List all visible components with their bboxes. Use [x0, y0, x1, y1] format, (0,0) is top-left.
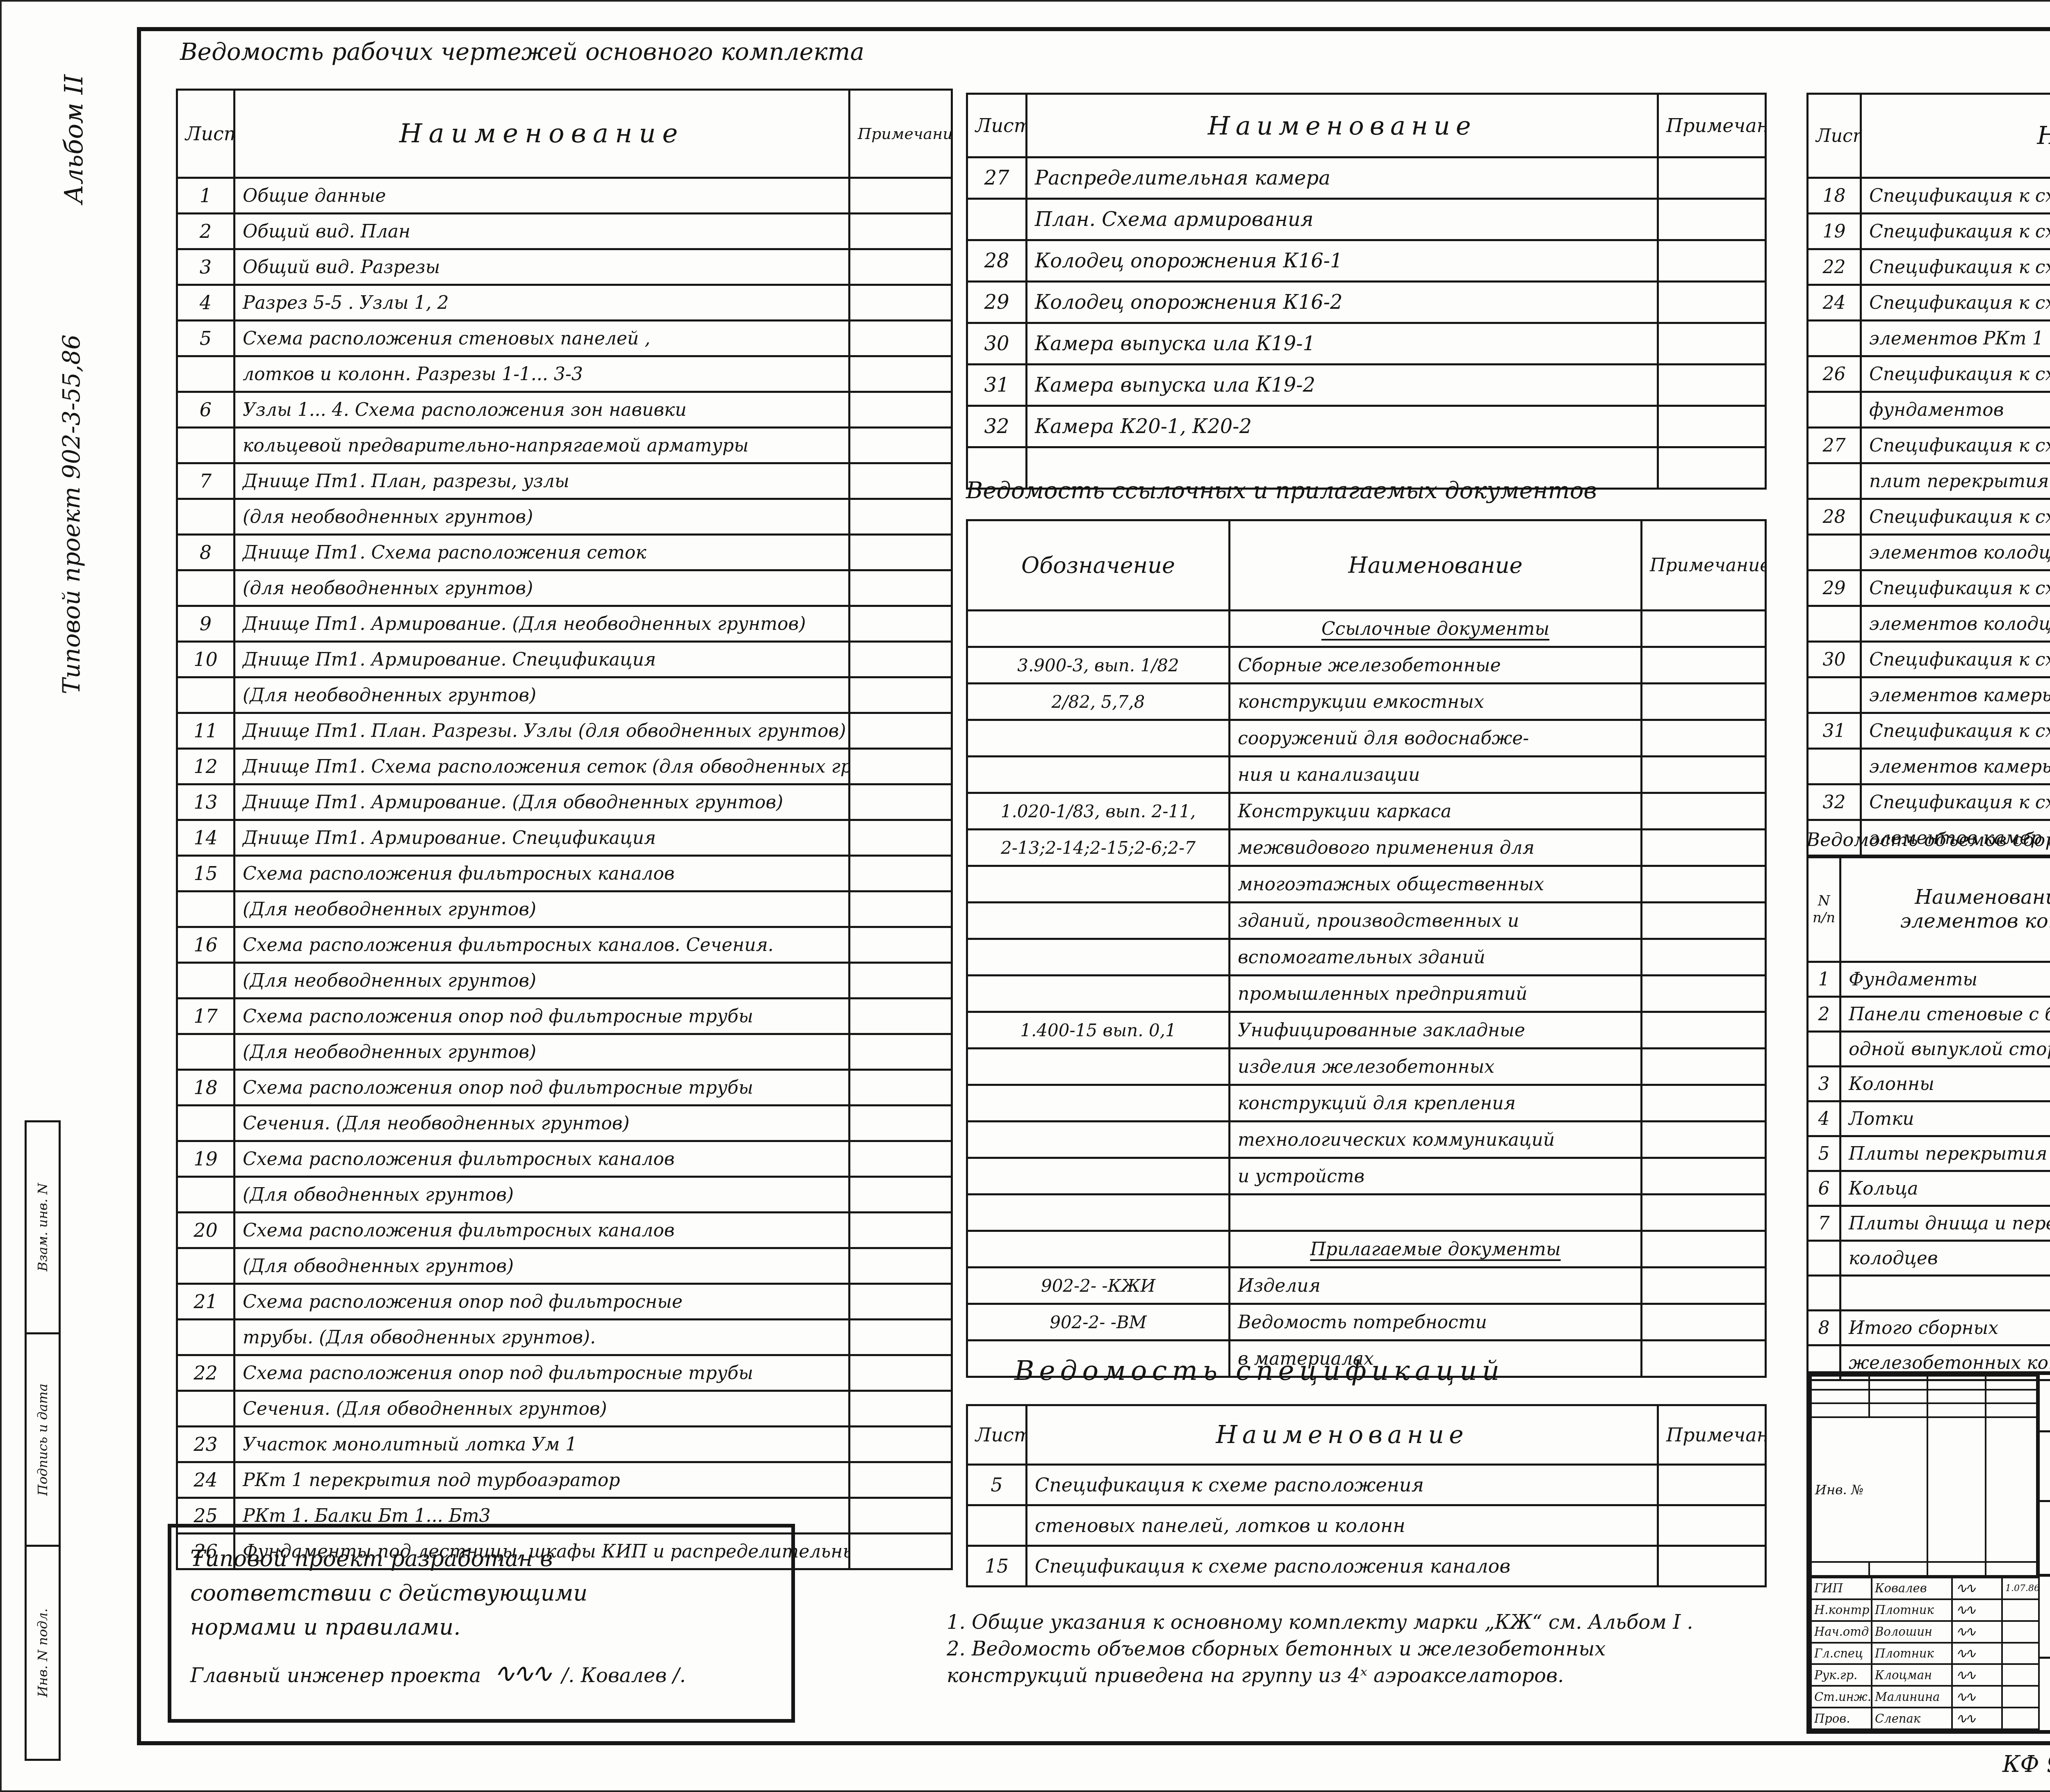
specifications-table-continued: Лист Наименование Примеча-ние 18Специфик… [1806, 93, 2050, 857]
cell-note [1658, 240, 1766, 282]
project-vertical-label: Типовой проект 902-3-55,86 [51, 223, 92, 805]
cell-note [850, 356, 952, 392]
cell-n: Схема расположения фильтросных каналов. … [235, 927, 850, 963]
cell-s: 23 [177, 1427, 235, 1462]
cell-name [1840, 1276, 2050, 1311]
table-body: 1Общие данные2Общий вид. План3Общий вид.… [177, 178, 952, 1569]
cell-note [850, 570, 952, 606]
cell-s: 17 [177, 999, 235, 1034]
table-row: 30Камера выпуска ила К19-1 [967, 323, 1766, 365]
cell-note [850, 428, 952, 463]
cell-s [177, 1391, 235, 1427]
table-row: 24Спецификация к схеме расположения [1808, 285, 2050, 321]
table-row: Пров.Слепак [1811, 1708, 2039, 1729]
cell-c [967, 939, 1230, 976]
specifications-list-title: Ведомость спецификаций [1014, 1355, 1504, 1386]
cell-note [850, 1427, 952, 1462]
cell-n: Схема расположения опор под фильтросные [235, 1284, 850, 1320]
cell-name: Малинина [1872, 1686, 1952, 1708]
cell-note [1642, 1049, 1766, 1085]
cell-n: Схема расположения опор под фильтросные … [235, 999, 850, 1034]
table-row: 18Спецификация к схеме расположения опор [1808, 178, 2050, 214]
cell-n: технологических коммуникаций [1230, 1122, 1642, 1158]
cell-s: 29 [967, 282, 1027, 323]
cell-c [967, 1231, 1230, 1268]
cell-name: Волошин [1872, 1621, 1952, 1643]
table-row: трубы. (Для обводненных грунтов). [177, 1320, 952, 1355]
cell-s: 13 [177, 784, 235, 820]
note-box-text: Типовой проект разработан всоответствии … [190, 1541, 772, 1644]
object-title-cell: Аэроакселатордиаметром 24м Общие данные [2038, 1577, 2050, 1730]
table-row: Ссылочные документы [967, 611, 1766, 647]
cell-s [177, 891, 235, 927]
cell-s: 19 [177, 1141, 235, 1177]
col-header-designation: Обозначение [967, 520, 1230, 611]
cell-num [1808, 1241, 1840, 1276]
cell-n: Спецификация к схеме расположения [1861, 428, 2050, 463]
table-row: 24РКт 1 перекрытия под турбоаэратор [177, 1462, 952, 1498]
table-row: (Для необводненных грунтов) [177, 963, 952, 999]
table-row: ния и канализации [967, 757, 1766, 793]
cell-name: Слепак [1872, 1708, 1952, 1729]
text-line: соответствии с действующими [190, 1576, 772, 1610]
cell-note [850, 713, 952, 749]
gost-margin-strip: Взам. инв. N Подпись и дата Инв. N подл. [25, 1120, 61, 1761]
cell-note [850, 392, 952, 428]
cell-n: РКт 1 перекрытия под турбоаэратор [235, 1462, 850, 1498]
cell-n: Общий вид. Разрезы [235, 249, 850, 285]
cell-num: 1 [1808, 962, 1840, 997]
cell-note [1642, 611, 1766, 647]
table-row: 6Узлы 1... 4. Схема расположения зон нав… [177, 392, 952, 428]
table-row: элементов колодца К16-1 [1808, 535, 2050, 570]
table-body: 1Фундаменты58132 100004,382Панели стенов… [1808, 962, 2050, 1380]
sheet-title: Общие данные [2038, 1659, 2050, 1730]
cell-n: (Для необводненных грунтов) [235, 677, 850, 713]
col-header-note: Примечание [850, 90, 952, 178]
table-row: Рук.гр.Клоцман [1811, 1664, 2039, 1686]
cell-n [1230, 1195, 1642, 1231]
cell-n: конструкций для крепления [1230, 1085, 1642, 1122]
table-row: 27Спецификация к схеме расположения [1808, 428, 2050, 463]
cell-note [850, 784, 952, 820]
table-row: 30Спецификация к схеме расположения [1808, 642, 2050, 677]
table-row: (Для обводненных грунтов) [177, 1177, 952, 1213]
cell-s: 27 [1808, 428, 1861, 463]
signature-icon: ∿∿∿ [493, 1658, 549, 1689]
cell-s [1808, 321, 1861, 356]
signer-label: Главный инженер проекта [190, 1664, 481, 1687]
cell-c [967, 866, 1230, 903]
table-row: Сечения. (Для обводненных грунтов) [177, 1391, 952, 1427]
table-row: (Для необводненных грунтов) [177, 1034, 952, 1070]
cell-n: Сборные железобетонные [1230, 647, 1642, 684]
cell-n: Схема расположения фильтросных каналов [235, 856, 850, 891]
col-header-sheet: Лист [177, 90, 235, 178]
cell-note [1658, 447, 1766, 489]
cell-sig [1952, 1708, 2002, 1729]
cell-name: Фундаменты [1840, 962, 2050, 997]
cell-n: Схема расположения фильтросных каналов [235, 1213, 850, 1248]
text-line: Типовой проект разработан в [190, 1541, 772, 1576]
cell-note [850, 1462, 952, 1498]
album-vertical-label: Альбом II [55, 47, 92, 231]
cell-note [850, 1213, 952, 1248]
cell-n: Колодец опорожнения К16-2 [1027, 282, 1658, 323]
cell-role: Н.контр [1811, 1599, 1872, 1621]
cell-n: элементов колодца К16-2 [1861, 606, 2050, 642]
cell-n: Узлы 1... 4. Схема расположения зон нави… [235, 392, 850, 428]
cell-c [967, 1158, 1230, 1195]
table-row: сооружений для водоснабже- [967, 720, 1766, 757]
cell-n: Спецификация к схеме расположения [1861, 784, 2050, 820]
cell-s [177, 677, 235, 713]
table-row: (для необводненных грунтов) [177, 499, 952, 535]
table-header: Nп/п Наименование группыэлементов констр… [1808, 857, 2050, 962]
table-row: Прилагаемые документы [967, 1231, 1766, 1268]
cell-date [2002, 1708, 2039, 1729]
table-row: 1.400-15 вып. 0,1Унифицированные закладн… [967, 1012, 1766, 1049]
cell-sig [1952, 1621, 2002, 1643]
cell-c: 2/82, 5,7,8 [967, 684, 1230, 720]
cell-n: Разрез 5-5 . Узлы 1, 2 [235, 285, 850, 321]
cell-num: 6 [1808, 1171, 1840, 1206]
cell-n: Спецификация к схеме расположения опор [1861, 249, 2050, 285]
cell-n: Днище Пт1. Армирование. Спецификация [235, 820, 850, 856]
cell-n: (Для необводненных грунтов) [235, 963, 850, 999]
cell-sig [1952, 1686, 2002, 1708]
table-body: 27Распределительная камераПлан. Схема ар… [967, 157, 1766, 489]
cell-name: Плиты перекрытия [1840, 1136, 2050, 1171]
cell-role: ГИП [1811, 1578, 1872, 1599]
cell-note [1642, 1158, 1766, 1195]
cell-s [177, 1034, 235, 1070]
table-row: 13Днище Пт1. Армирование. (Для обводненн… [177, 784, 952, 820]
working-drawings-table-continued: Лист Наименование Примечание 27Распредел… [966, 93, 1767, 490]
cell-note [850, 1034, 952, 1070]
table-row: 2/82, 5,7,8конструкции емкостных [967, 684, 1766, 720]
cell-note [850, 927, 952, 963]
cell-name: одной выпуклой стороной [1840, 1032, 2050, 1067]
cell-note [850, 1284, 952, 1320]
margin-label: Взам. инв. N [35, 1183, 50, 1272]
cell-n: Спецификация к схеме расположения [1861, 642, 2050, 677]
cell-note [1642, 684, 1766, 720]
cell-n: изделия железобетонных [1230, 1049, 1642, 1085]
cell-note [1642, 757, 1766, 793]
cell-name: Лотки [1840, 1101, 2050, 1136]
cell-note [850, 463, 952, 499]
cell-role: Гл.спец [1811, 1643, 1872, 1664]
cell-n: Схема расположения фильтросных каналов [235, 1141, 850, 1177]
cell-name: Плотник [1872, 1643, 1952, 1664]
cell-note [850, 1355, 952, 1391]
cell-n: (для необводненных грунтов) [235, 570, 850, 606]
cell-n: элементов камеры К19-1 [1861, 677, 2050, 713]
cell-s: 3 [177, 249, 235, 285]
table-row: 22Спецификация к схеме расположения опор [1808, 249, 2050, 285]
cell-role: Нач.отд [1811, 1621, 1872, 1643]
cell-note [850, 1106, 952, 1141]
cell-c [967, 757, 1230, 793]
table-row: 902-2- -КЖИИзделия [967, 1268, 1766, 1304]
cell-n: Спецификация к схеме расположения [1861, 713, 2050, 749]
cell-n: Спецификация к схеме расположения канало… [1861, 214, 2050, 249]
cell-n: Колодец опорожнения К16-1 [1027, 240, 1658, 282]
cell-n: стеновых панелей, лотков и колонн [1027, 1505, 1658, 1546]
table-row: 2Общий вид. План [177, 214, 952, 249]
cell-note [850, 856, 952, 891]
cell-s [1808, 677, 1861, 713]
table-body: Ссылочные документы3.900-3, вып. 1/82Сбо… [967, 611, 1766, 1377]
table-row: 4Разрез 5-5 . Узлы 1, 2 [177, 285, 952, 321]
table-row: колодцев [1808, 1241, 2050, 1276]
table-row: 29Спецификация к схеме расположения [1808, 570, 2050, 606]
cell-note [1658, 406, 1766, 447]
cell-s [177, 1248, 235, 1284]
cell-name: Итого сборных [1840, 1311, 2050, 1345]
cell-s: 21 [177, 1284, 235, 1320]
cell-sig [1952, 1643, 2002, 1664]
table-row: (Для необводненных грунтов) [177, 677, 952, 713]
cell-name: Плотник [1872, 1599, 1952, 1621]
chief-engineer-signature-row: Главный инженер проекта ∿∿∿ /. Ковалев /… [190, 1658, 772, 1689]
cell-num: 7 [1808, 1206, 1840, 1241]
cell-n: элементов РКт 1 . [1861, 321, 2050, 356]
table-header: Обозначение Наименование Примечание [967, 520, 1766, 611]
table-row: 1Общие данные [177, 178, 952, 214]
cell-name: Кольца [1840, 1171, 2050, 1206]
table-row: 28Спецификация к схеме расположения [1808, 499, 2050, 535]
cell-name: Клоцман [1872, 1664, 1952, 1686]
cell-n: Днище Пт1. Армирование. (Для обводненных… [235, 784, 850, 820]
table-row: 7Днище Пт1. План, разрезы, узлы [177, 463, 952, 499]
cell-note [850, 178, 952, 214]
cell-c [967, 976, 1230, 1012]
cell-role: Рук.гр. [1811, 1664, 1872, 1686]
cell-s: 4 [177, 285, 235, 321]
table-row: 10Днище Пт1. Армирование. Спецификация [177, 642, 952, 677]
cell-note [850, 642, 952, 677]
table-row: элементов камеры К19-2 [1808, 749, 2050, 784]
table-row: 14Днище Пт1. Армирование. Спецификация [177, 820, 952, 856]
table-header: Лист Наименование Примечание [967, 94, 1766, 157]
cell-note [1642, 1304, 1766, 1341]
cell-note [1642, 720, 1766, 757]
cell-num: 5 [1808, 1136, 1840, 1171]
cell-s: 15 [177, 856, 235, 891]
cell-s: 26 [1808, 356, 1861, 392]
cell-n: Днище Пт1. Армирование. Спецификация [235, 642, 850, 677]
cell-n: фундаментов [1861, 392, 2050, 428]
cell-sig [1952, 1664, 2002, 1686]
cell-s: 7 [177, 463, 235, 499]
cell-n: Изделия [1230, 1268, 1642, 1304]
table-row: (Для необводненных грунтов) [177, 891, 952, 927]
title-block: Инв. № привязан ТП 902-3-55,86 -КЖ ГИПКо… [1806, 1371, 2050, 1734]
cell-c [967, 1122, 1230, 1158]
cell-role: Ст.инж. [1811, 1686, 1872, 1708]
col-header-name: Наименование [235, 90, 850, 178]
cell-c [967, 611, 1230, 647]
table-row: 7Плиты днища и перекрытия585811 00004,64 [1808, 1206, 2050, 1241]
cell-s [967, 1505, 1027, 1546]
text-line: п/п [1810, 910, 1838, 926]
table-row: 5Схема расположения стеновых панелей , [177, 321, 952, 356]
cell-c: 902-2- -ВМ [967, 1304, 1230, 1341]
cell-s [177, 1177, 235, 1213]
table-row: Гл.спецПлотник [1811, 1643, 2039, 1664]
cell-s: 18 [1808, 178, 1861, 214]
cell-s [177, 963, 235, 999]
text-line: Наименование группы [1849, 886, 2050, 910]
cell-s: 28 [1808, 499, 1861, 535]
cell-c [967, 1195, 1230, 1231]
table-row: 4Лотки585821 000044,76 [1808, 1101, 2050, 1136]
cell-c: 3.900-3, вып. 1/82 [967, 647, 1230, 684]
table-row: 15Схема расположения фильтросных каналов [177, 856, 952, 891]
col-header-note: Примечание [1642, 520, 1766, 611]
inventory-number-label: Инв. № [1811, 1417, 1927, 1562]
table-row: фундаментов [1808, 392, 2050, 428]
cell-s: 5 [967, 1465, 1027, 1505]
cell-note [1642, 939, 1766, 976]
cell-note [850, 321, 952, 356]
attached-note: привязан [2038, 1375, 2050, 1432]
cell-note [1642, 1122, 1766, 1158]
col-header-name: Наименование группыэлементов конструкций [1840, 857, 2050, 962]
table-row: 17Схема расположения опор под фильтросны… [177, 999, 952, 1034]
table-row: 1Фундаменты58132 100004,38 [1808, 962, 2050, 997]
cell-note [850, 285, 952, 321]
cell-s: 5 [177, 321, 235, 356]
cell-name: Панели стеновые с бортом и [1840, 997, 2050, 1032]
table-header: Лист Наименование Примеча-ние [1808, 94, 2050, 178]
table-row: одной выпуклой стороной [1808, 1032, 2050, 1067]
working-drawings-table: Лист Наименование Примечание 1Общие данн… [176, 89, 953, 1570]
table-row: плит перекрытия [1808, 463, 2050, 499]
table-row: (для необводненных грунтов) [177, 570, 952, 606]
table-row: 16Схема расположения фильтросных каналов… [177, 927, 952, 963]
table-row: 23Участок монолитный лотка Ум 1 [177, 1427, 952, 1462]
table-row: 22Схема расположения опор под фильтросны… [177, 1355, 952, 1391]
table-row: 5Плиты перекрытия585821 00001,24 [1808, 1136, 2050, 1171]
cell-n: (Для необводненных грунтов) [235, 1034, 850, 1070]
cell-n: Днище Пт1. Схема расположения сеток (для… [235, 749, 850, 784]
cell-note [850, 535, 952, 570]
cell-n: кольцевой предварительно-напрягаемой арм… [235, 428, 850, 463]
table-row: Сечения. (Для необводненных грунтов) [177, 1106, 952, 1141]
cell-n: Днище Пт1. Армирование. (Для необводненн… [235, 606, 850, 642]
table-row: Нач.отдВолошин [1811, 1621, 2039, 1643]
table-row: 3Колонны582111 800094,40 [1808, 1067, 2050, 1101]
drawing-frame: Ведомость рабочих чертежей основного ком… [137, 27, 2050, 1745]
cell-n: трубы. (Для обводненных грунтов). [235, 1320, 850, 1355]
table-row: кольцевой предварительно-напрягаемой арм… [177, 428, 952, 463]
margin-label: Инв. N подл. [35, 1608, 50, 1697]
table-row: 12Днище Пт1. Схема расположения сеток (д… [177, 749, 952, 784]
volumes-title: Ведомость объемов сборных бетонных и жел… [1806, 829, 2050, 850]
cell-n: лотков и колонн. Разрезы 1-1... 3-3 [235, 356, 850, 392]
table-row: 5Спецификация к схеме расположения [967, 1465, 1766, 1505]
cell-n: элементов камеры К19-2 [1861, 749, 2050, 784]
cell-s [177, 570, 235, 606]
reference-documents-table: Обозначение Наименование Примечание Ссыл… [966, 519, 1767, 1378]
cell-note [1642, 647, 1766, 684]
cell-n: Унифицированные закладные [1230, 1012, 1642, 1049]
table-row: 2-13;2-14;2-15;2-6;2-7межвидового примен… [967, 830, 1766, 866]
cell-note [1642, 1231, 1766, 1268]
table-row: многоэтажных общественных [967, 866, 1766, 903]
cell-n: конструкции емкостных [1230, 684, 1642, 720]
cell-n: ния и канализации [1230, 757, 1642, 793]
cell-n: (Для обводненных грунтов) [235, 1177, 850, 1213]
cell-s: 30 [967, 323, 1027, 365]
cell-num: 2 [1808, 997, 1840, 1032]
cell-s [177, 1320, 235, 1355]
cell-n: (для необводненных грунтов) [235, 499, 850, 535]
cell-s: 20 [177, 1213, 235, 1248]
cell-note [1658, 1465, 1766, 1505]
cell-s: 24 [1808, 285, 1861, 321]
cell-s: 32 [967, 406, 1027, 447]
col-header-note: Примечание [1658, 94, 1766, 157]
cell-note [1642, 866, 1766, 903]
cell-n: Схема расположения опор под фильтросные … [235, 1355, 850, 1391]
table-row: 3Общий вид. Разрезы [177, 249, 952, 285]
cell-s: 27 [967, 157, 1027, 199]
col-header-note: Примечание [1658, 1405, 1766, 1465]
cell-name: колодцев [1840, 1241, 2050, 1276]
cell-s: 2 [177, 214, 235, 249]
cell-s: 14 [177, 820, 235, 856]
personnel-table: ГИПКовалев1.07.86Н.контрПлотникНач.отдВо… [1810, 1577, 2038, 1730]
table-row: 18Схема расположения опор под фильтросны… [177, 1070, 952, 1106]
cell-c: 902-2- -КЖИ [967, 1268, 1230, 1304]
cell-num [1808, 1276, 1840, 1311]
table-row: 20Схема расположения фильтросных каналов [177, 1213, 952, 1248]
cell-s: 28 [967, 240, 1027, 282]
cell-c: 1.400-15 вып. 0,1 [967, 1012, 1230, 1049]
cell-n: Днище Пт1. План, разрезы, узлы [235, 463, 850, 499]
drawing-sheet: Альбом II Типовой проект 902-3-55,86 Вза… [0, 0, 2050, 1792]
cell-date [2002, 1599, 2039, 1621]
document-number-cell: ТП 902-3-55,86 -КЖ [2038, 1502, 2050, 1577]
cell-n: Сечения. (Для необводненных грунтов) [235, 1106, 850, 1141]
cell-note [1642, 1085, 1766, 1122]
cell-c: 1.020-1/83, вып. 2-11, [967, 793, 1230, 830]
cell-n: Ссылочные документы [1230, 611, 1642, 647]
cell-date [2002, 1621, 2039, 1643]
table-row: 28Колодец опорожнения К16-1 [967, 240, 1766, 282]
table-body: 18Спецификация к схеме расположения опор… [1808, 178, 2050, 856]
cell-n: Камера К20-1, К20-2 [1027, 406, 1658, 447]
cell-note [850, 1498, 952, 1534]
cell-note [1658, 323, 1766, 365]
cell-n: Конструкции каркаса [1230, 793, 1642, 830]
footer-code: КФ 9390-02 29 [2002, 1751, 2050, 1778]
cell-n: План. Схема армирования [1027, 199, 1658, 240]
cell-s: 31 [967, 365, 1027, 406]
margin-cell: Инв. N подл. [27, 1547, 59, 1759]
cell-note [850, 1248, 952, 1284]
cell-s: 6 [177, 392, 235, 428]
text-line: N [1810, 893, 1838, 910]
table-row: элементов колодца К16-2 [1808, 606, 2050, 642]
cell-num: 3 [1808, 1067, 1840, 1101]
cell-n: межвидового применения для [1230, 830, 1642, 866]
cell-n: Камера выпуска ила К19-1 [1027, 323, 1658, 365]
